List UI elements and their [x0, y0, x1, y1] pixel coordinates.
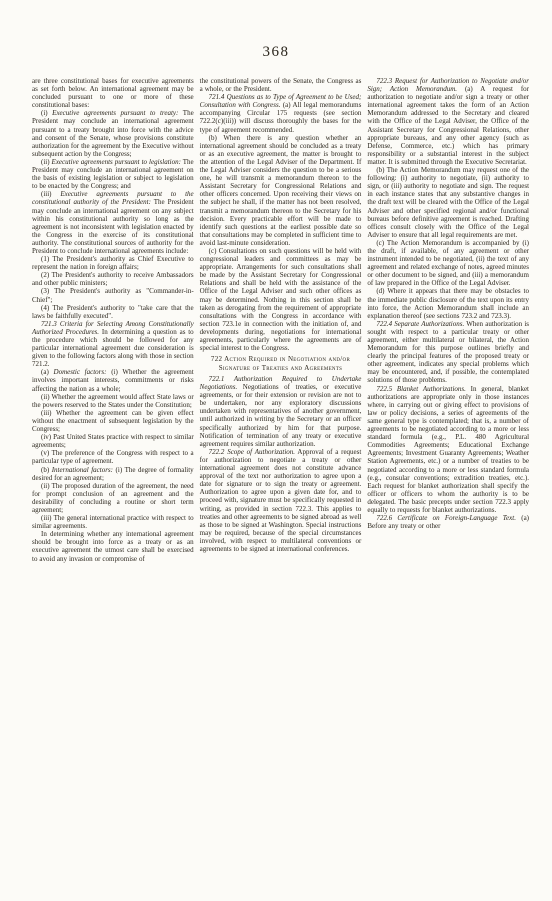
paragraph: (iii) Whether the agreement can be given…: [32, 409, 194, 433]
run-text: (iv) Past United States practice with re…: [32, 433, 194, 449]
run-text: (v) The preference of the Congress with …: [32, 449, 194, 465]
paragraph: 722.5 Blanket Authorizations. In general…: [367, 385, 529, 515]
run-text: (4) The President's authority to "take c…: [32, 304, 194, 320]
paragraph: (c) The Action Memorandum is accompanied…: [367, 239, 529, 288]
run-text: The President may conclude an internatio…: [32, 109, 194, 157]
paragraph: 722.4 Separate Authorizations. When auth…: [367, 320, 529, 385]
paragraph: 722.3 Request for Authorization to Negot…: [367, 77, 529, 166]
run-text: (c) Consultations on such questions will…: [200, 247, 362, 352]
paragraph: (c) Consultations on such questions will…: [200, 247, 362, 352]
run-text: (b) When there is any question whether a…: [200, 134, 362, 247]
paragraph: (iv) Past United States practice with re…: [32, 433, 194, 449]
run-text: Approval of a request for authorization …: [200, 448, 362, 553]
run-italic: International factors:: [52, 466, 113, 474]
paragraph: In determining whether any international…: [32, 530, 194, 562]
text-column-right: 722.3 Request for Authorization to Negot…: [367, 77, 529, 563]
run-text: (2) The President's authority to receive…: [32, 271, 194, 287]
run-text: (ii) The proposed duration of the agreem…: [32, 482, 194, 514]
paragraph: (b) When there is any question whether a…: [200, 134, 362, 247]
paragraph: the constitutional powers of the Senate,…: [200, 77, 362, 93]
paragraph: 722.6 Certificate on Foreign-Language Te…: [367, 514, 529, 530]
paragraph: (3) The President's authority as "Comman…: [32, 287, 194, 303]
paragraph: (d) Where it appears that there may be o…: [367, 287, 529, 319]
run-text: the constitutional powers of the Senate,…: [200, 77, 362, 93]
run-italic: Domestic factors:: [54, 368, 107, 376]
paragraph: (iii) The general international practice…: [32, 514, 194, 530]
run-text: Negotiations of treaties, or executive a…: [200, 383, 362, 448]
paragraph: 722.2 Scope of Authorization. Approval o…: [200, 448, 362, 553]
run-text: (c) The Action Memorandum is accompanied…: [367, 239, 529, 287]
run-text: (b) The Action Memorandum may request on…: [367, 166, 529, 239]
paragraph: are three constitutional bases for execu…: [32, 77, 194, 109]
run-text: (a) A request for authorization to negot…: [367, 85, 529, 166]
run-text: (iii): [41, 190, 60, 198]
run-text: (iii) Whether the agreement can be given…: [32, 409, 194, 433]
section-heading: 722 Action Required in Negotiation and/o…: [206, 355, 356, 372]
text-column-middle: the constitutional powers of the Senate,…: [200, 77, 362, 563]
run-text: (3) The President's authority as "Comman…: [32, 287, 194, 303]
run-text: (1) The President's authority as Chief E…: [32, 255, 194, 271]
paragraph: (a) Domestic factors: (i) Whether the ag…: [32, 368, 194, 392]
text-column-left: are three constitutional bases for execu…: [32, 77, 194, 563]
run-text: (b): [41, 466, 52, 474]
run-text: The President may conclude an internatio…: [32, 198, 194, 255]
paragraph: 721.3 Criteria for Selecting Among Const…: [32, 320, 194, 369]
run-text: 722 Action Required in Negotiation and/o…: [211, 355, 350, 371]
paragraph: 721.4 Questions as to Type of Agreement …: [200, 93, 362, 133]
run-italic: 722.5 Blanket Authorizations.: [376, 385, 466, 393]
paragraph: (v) The preference of the Congress with …: [32, 449, 194, 465]
paragraph: (iii) Executive agreements pursuant to t…: [32, 190, 194, 255]
run-text: are three constitutional bases for execu…: [32, 77, 194, 109]
paragraph: 722.1 Authorization Required to Undertak…: [200, 375, 362, 448]
paragraph: (1) The President's authority as Chief E…: [32, 255, 194, 271]
paragraph: (i) Executive agreements pursuant to tre…: [32, 109, 194, 158]
run-text: When authorization is sought with respec…: [367, 320, 529, 385]
run-italic: 722.6 Certificate on Foreign-Language Te…: [376, 514, 516, 522]
paragraph: (b) International factors: (i) The degre…: [32, 466, 194, 482]
paragraph: (ii) The proposed duration of the agreem…: [32, 482, 194, 514]
run-text: (ii) Whether the agreement would affect …: [32, 393, 194, 409]
document-page: 368 are three constitutional bases for e…: [0, 0, 552, 901]
run-text: (a): [41, 368, 54, 376]
run-text: In general, blanket authorizations are a…: [367, 385, 529, 514]
run-text: In determining whether any international…: [32, 530, 194, 562]
paragraph: (2) The President's authority to receive…: [32, 271, 194, 287]
run-text: (iii) The general international practice…: [32, 514, 194, 530]
run-italic: 722.2 Scope of Authorization.: [209, 448, 295, 456]
text-columns: are three constitutional bases for execu…: [32, 77, 529, 563]
run-italic: 722.4 Separate Authorizations.: [376, 320, 464, 328]
paragraph: (ii) Executive agreements pursuant to le…: [32, 158, 194, 190]
run-text: (i): [41, 109, 52, 117]
run-text: (d) Where it appears that there may be o…: [367, 287, 529, 319]
page-number: 368: [0, 0, 552, 61]
paragraph: (4) The President's authority to "take c…: [32, 304, 194, 320]
paragraph: (ii) Whether the agreement would affect …: [32, 393, 194, 409]
run-italic: Executive agreements pursuant to treaty:: [52, 109, 178, 117]
run-italic: Executive agreements pursuant to legisla…: [52, 158, 181, 166]
paragraph: (b) The Action Memorandum may request on…: [367, 166, 529, 239]
run-text: (ii): [41, 158, 52, 166]
